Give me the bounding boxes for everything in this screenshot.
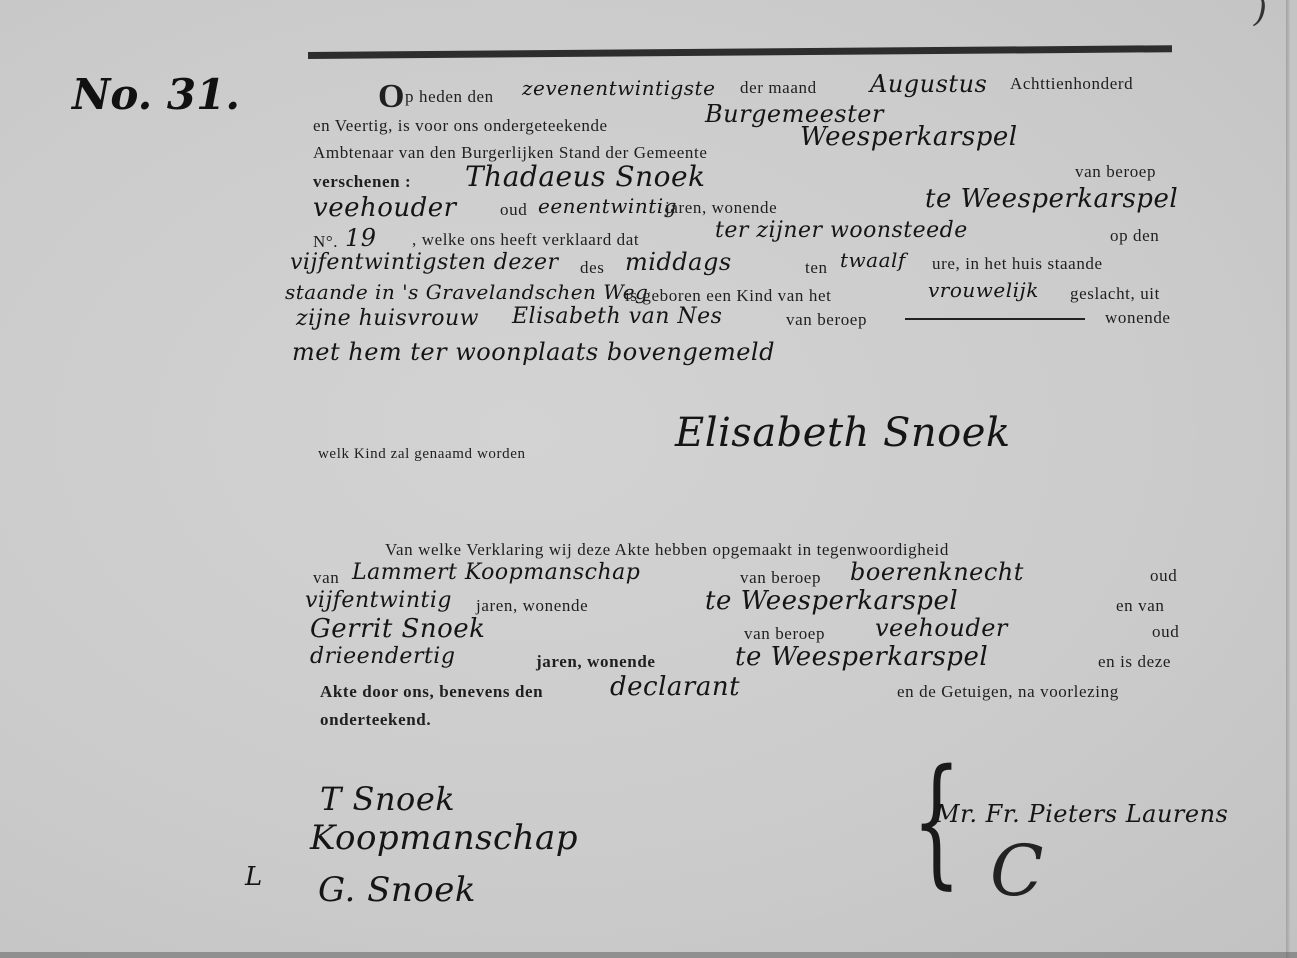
field-witness1-age: vijfentwintig	[305, 588, 452, 613]
field-mother-residence: met hem ter woonplaats bovengemeld	[292, 338, 775, 366]
field-declarant-occupation: veehouder	[313, 193, 457, 223]
print-line-2: en Veertig, is voor ons ondergeteekende	[313, 116, 608, 136]
print-van-beroep-1: van beroep	[1075, 162, 1156, 182]
field-hour: twaalf	[840, 248, 906, 272]
field-birth-day: vijfentwintigsten dezer	[290, 250, 559, 275]
field-house-number: 19	[345, 224, 377, 252]
print-line-1: Op heden den	[378, 78, 494, 116]
field-witness2-name: Gerrit Snoek	[310, 614, 485, 644]
print-geboren: is geboren een Kind van het	[625, 286, 831, 306]
field-witness1-residence: te Weesperkarspel	[705, 586, 958, 616]
print-wonende-2: wonende	[1105, 308, 1171, 328]
field-declarant-role: declarant	[610, 672, 740, 702]
field-municipality: Weesperkarspel	[800, 122, 1018, 152]
print-getuigen: en de Getuigen, na voorlezing	[897, 682, 1119, 702]
signature-official: Mr. Fr. Pieters Laurens	[935, 800, 1228, 828]
print-ten: ten	[805, 258, 828, 278]
field-witness2-occupation: veehouder	[875, 614, 1008, 642]
field-witness2-age: drieendertig	[310, 644, 455, 669]
print-jaren-wonende-1: jaren, wonende	[665, 198, 777, 218]
print-verschenen: verschenen :	[313, 172, 411, 192]
print-oud-3: oud	[1152, 622, 1179, 642]
print-geslacht: geslacht, uit	[1070, 284, 1160, 304]
print-welk-kind: welk Kind zal genaamd worden	[318, 446, 526, 463]
field-witness2-residence: te Weesperkarspel	[735, 642, 988, 672]
print-van-beroep-3: van beroep	[740, 568, 821, 588]
print-van-beroep-2: van beroep	[786, 310, 867, 330]
field-witness1-name: Lammert Koopmanschap	[352, 560, 640, 585]
print-der-maand: der maand	[740, 78, 817, 98]
mother-occupation-blank-line	[905, 318, 1085, 320]
field-mother-prefix: zijne huisvrouw	[296, 306, 479, 331]
print-van-beroep-4: van beroep	[744, 624, 825, 644]
document-page: ⌒ ) ⌒ / No. 31. Op heden den zevenentwin…	[0, 0, 1297, 958]
print-van: van	[313, 568, 339, 588]
field-day: zevenentwintigste	[522, 76, 715, 100]
field-time-of-day: middags	[625, 248, 732, 276]
field-declarant-age: eenentwintig	[538, 194, 677, 218]
print-oud-1: oud	[500, 200, 527, 220]
print-en-is-deze: en is deze	[1098, 652, 1171, 672]
field-street: staande in 's Gravelandschen Weg	[285, 280, 648, 304]
signature-witness1-initial: L	[245, 862, 263, 892]
print-des: des	[580, 258, 604, 278]
field-mother-name: Elisabeth van Nes	[512, 304, 722, 329]
signature-witness2: G. Snoek	[318, 870, 476, 910]
print-ure: ure, in het huis staande	[932, 254, 1103, 274]
header-rule	[308, 45, 1172, 59]
signature-witness1: Koopmanschap	[310, 818, 578, 858]
field-child-name: Elisabeth Snoek	[675, 410, 1011, 456]
field-declarant-residence: te Weesperkarspel	[925, 184, 1178, 214]
page-bottom-edge	[0, 952, 1297, 958]
print-no: N°.	[313, 232, 338, 252]
act-number: No. 31.	[72, 70, 240, 119]
print-oud-2: oud	[1150, 566, 1177, 586]
field-place-declared: ter zijner woonsteede	[715, 218, 968, 243]
print-verklaring: Van welke Verklaring wij deze Akte hebbe…	[385, 540, 949, 560]
print-jaren-wonende-3: jaren, wonende	[536, 652, 656, 672]
print-en-van: en van	[1116, 596, 1164, 616]
signature-declarant: T Snoek	[320, 780, 455, 818]
print-year: Achttienhonderd	[1010, 74, 1133, 94]
print-onderteekend: onderteekend.	[320, 710, 431, 730]
field-witness1-occupation: boerenknecht	[850, 558, 1024, 586]
print-akte-door-ons: Akte door ons, benevens den	[320, 682, 543, 702]
field-month: Augustus	[870, 70, 987, 98]
print-jaren-wonende-2: jaren, wonende	[476, 596, 588, 616]
field-sex: vrouwelijk	[928, 278, 1039, 302]
previous-record-fragment: ⌒ ) ⌒ /	[620, 0, 1297, 31]
page-edge	[1286, 0, 1290, 958]
print-verklaard: , welke ons heeft verklaard dat	[412, 230, 639, 250]
signature-flourish: C	[990, 830, 1044, 912]
print-op-den: op den	[1110, 226, 1159, 246]
field-declarant-name: Thadaeus Snoek	[465, 160, 706, 193]
